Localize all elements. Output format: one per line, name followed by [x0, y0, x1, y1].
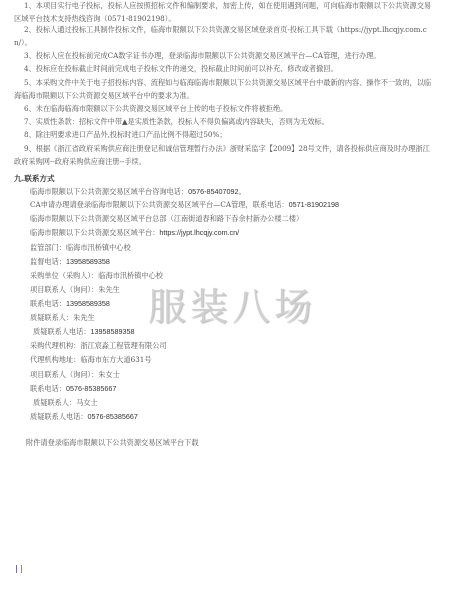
watermark: 服装八场 — [148, 276, 316, 331]
contact-label: 监管部门： — [30, 243, 66, 252]
contact-agency-person: 项目联系人（询问）：朱女士 — [30, 369, 120, 381]
contact-agency-challenge-person: 质疑联系人：马女士 — [33, 397, 98, 409]
contact-ca-phone: CA申请办理请登录临海市限额以下公共资源交易区域平台—CA管理，联系电话：057… — [30, 199, 339, 211]
contact-value: 13958589358 — [66, 257, 110, 266]
contact-agency: 采购代理机构：浙江宸淼工程管理有限公司 — [30, 340, 167, 352]
contact-value: 临海市汛桥镇中心校 — [66, 243, 131, 252]
notice-item-6: 6、未在临海临海市限额以下公共资源交易区域平台上传的电子投标文件将被拒绝。 — [14, 103, 434, 116]
notice-item-9: 9、根据《浙江省政府采购供应商注册登记和诚信管理暂行办法》浙财采监字【2009】… — [14, 143, 434, 168]
contact-challenge-person: 质疑联系人：朱先生 — [30, 312, 95, 324]
contact-agency-challenge-phone: 质疑联系人电话：0576-85385667 — [30, 411, 138, 423]
notice-item-4: 4、投标应在投标截止时间前完成电子投标文件的递交，投标截止时间前可以补充、修改或… — [14, 63, 434, 76]
contact-value: 0576-85407092。 — [188, 187, 246, 196]
contact-supervisor-dept: 监管部门：临海市汛桥镇中心校 — [30, 242, 131, 254]
contact-value: 朱女士 — [98, 370, 120, 379]
contact-label: 临海市限额以下公共资源交易区域平台总部（江南街道春和路下吞余村新办公楼二楼） — [30, 214, 303, 223]
contact-label: 临海市限额以下公共资源交易区域平台咨询电话： — [30, 187, 188, 196]
contact-label: 监督电话： — [30, 257, 66, 266]
contact-label: 质疑联系人： — [33, 398, 76, 407]
contact-value: 朱先生 — [73, 313, 95, 322]
contact-value: 13958589358 — [91, 327, 135, 336]
contact-label: 联系电话： — [30, 299, 66, 308]
contact-label: 联系电话： — [30, 384, 66, 393]
contact-label: 质疑联系人电话： — [30, 412, 88, 421]
contact-value: 13958589358 — [66, 299, 110, 308]
text-cursor-icon — [16, 565, 22, 573]
notice-item-1: 1、本项目实行电子投标，投标人应按照招标文件和编制要求，加密上传，如在使用遇到问… — [14, 0, 434, 25]
contact-label: 采购单位（采购人）： — [30, 271, 98, 280]
contact-value: 朱先生 — [98, 285, 120, 294]
notice-item-3: 3、投标人应在投标前完成CA数字证书办理，登录临海市限额以下公共资源交易区域平台… — [14, 50, 434, 63]
contact-value: 浙江宸淼工程管理有限公司 — [80, 341, 166, 350]
contact-value: 0576-85385667 — [88, 412, 138, 421]
contact-platform-address: 临海市限额以下公共资源交易区域平台总部（江南街道春和路下吞余村新办公楼二楼） — [30, 213, 303, 225]
contact-label: 项目联系人（询问）： — [30, 285, 98, 294]
contact-platform-phone: 临海市限额以下公共资源交易区域平台咨询电话：0576-85407092。 — [30, 186, 246, 198]
contact-project-phone: 联系电话：13958589358 — [30, 298, 110, 310]
contact-purchaser: 采购单位（采购人）：临海市汛桥镇中心校 — [30, 270, 163, 282]
contact-platform-url: 临海市限额以下公共资源交易区域平台：https://jypt.lhcqjy.co… — [30, 227, 239, 239]
contact-project-person: 项目联系人（询问）：朱先生 — [30, 284, 120, 296]
contact-label: 代理机构地址： — [30, 355, 80, 364]
contact-label: 质疑联系人： — [30, 313, 73, 322]
contact-label: CA申请办理请登录临海市限额以下公共资源交易区域平台—CA管理，联系电话： — [30, 200, 289, 209]
notice-item-5: 5、本采购文件中关于电子招投标内容、流程如与临海临海市限额以下公共资源交易区域平… — [14, 77, 434, 102]
contact-value: 0576-85385667 — [66, 384, 116, 393]
contact-label: 质疑联系人电话： — [33, 327, 91, 336]
contact-label: 临海市限额以下公共资源交易区域平台： — [30, 228, 159, 237]
contact-supervisor-phone: 监督电话：13958589358 — [30, 256, 110, 268]
notice-item-8: 8、除注明要求进口产品外,投标时进口产品比例不得超过50%； — [14, 129, 434, 142]
contact-agency-phone: 联系电话：0576-85385667 — [30, 383, 116, 395]
attachment-note: 附件请登录临海市限额以下公共资源交易区域平台下载 — [26, 438, 199, 448]
platform-link[interactable]: https://jypt.lhcqjy.com.cn/ — [159, 228, 239, 237]
contact-value: 0571-81902198 — [289, 200, 339, 209]
contact-value: 临海市东方大道631号 — [80, 355, 151, 364]
contact-label: 采购代理机构： — [30, 341, 80, 350]
contact-label: 项目联系人（询问）： — [30, 370, 98, 379]
section-title-contact: 九.联系方式 — [14, 173, 55, 184]
contact-challenge-phone: 质疑联系人电话：13958589358 — [33, 326, 135, 338]
contact-agency-address: 代理机构地址：临海市东方大道631号 — [30, 354, 152, 366]
notice-item-2: 2、投标人通过投标工具制作投标文件，临海市限额以下公共资源交易区域登录首页-投标… — [14, 24, 434, 49]
notice-item-7: 7、实质性条款：招标文件中带▲是实质性条款，投标人不得负偏离或内容缺失，否则为无… — [14, 116, 434, 129]
contact-value: 马女士 — [76, 398, 98, 407]
